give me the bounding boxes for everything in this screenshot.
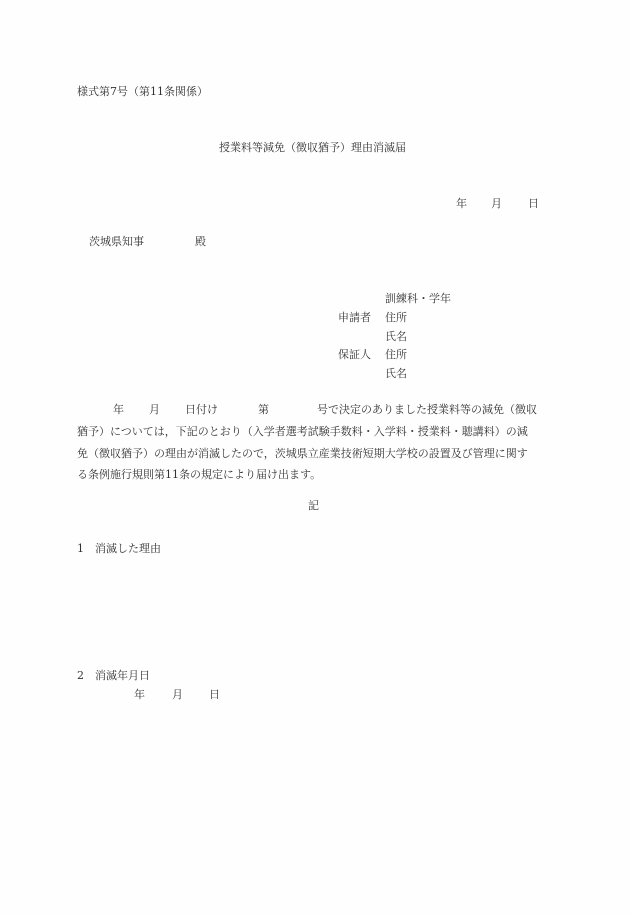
- addressee-name: 茨城県知事: [89, 235, 144, 249]
- body-month-label: 月: [149, 403, 160, 417]
- document-title: 授業料等減免（徴収猶予）理由消滅届: [219, 141, 406, 155]
- item-2-number: 2: [77, 669, 84, 683]
- item-2-year-label: 年: [134, 688, 145, 702]
- item-2-day-label: 日: [209, 688, 220, 702]
- guarantor-role-label: 保証人: [338, 348, 371, 362]
- note-heading: 記: [308, 499, 319, 513]
- addressee-honorific: 殿: [195, 235, 206, 249]
- body-number-prefix: 第: [258, 403, 269, 417]
- body-day-label: 日付け: [185, 403, 218, 417]
- body-line-3: 免（徴収猶予）の理由が消滅したので，茨城県立産業技術短期大学校の設置及び管理に関…: [77, 447, 528, 461]
- item-2-label: 消滅年月日: [95, 669, 150, 683]
- document-page: 様式第7号（第11条関係） 授業料等減免（徴収猶予）理由消滅届 年 月 日 茨城…: [0, 0, 630, 915]
- date-month-label: 月: [491, 197, 502, 211]
- body-line-4: る条例施行規則第11条の規定により届け出ます。: [77, 468, 321, 482]
- item-1-number: 1: [77, 542, 84, 556]
- item-2-month-label: 月: [172, 688, 183, 702]
- guarantor-name-label: 氏名: [385, 367, 407, 381]
- applicant-address-label: 住所: [385, 311, 407, 325]
- body-line-1-rest: 号で決定のありました授業料等の減免（徴収: [317, 403, 537, 417]
- applicant-name-label: 氏名: [385, 330, 407, 344]
- body-year-label: 年: [113, 403, 124, 417]
- guarantor-address-label: 住所: [385, 348, 407, 362]
- form-number: 様式第7号（第11条関係）: [77, 85, 208, 99]
- item-1-label: 消滅した理由: [95, 542, 161, 556]
- applicant-role-label: 申請者: [338, 311, 371, 325]
- course-year-label: 訓練科・学年: [385, 292, 451, 306]
- body-line-2: 猶予）については，下記のとおり（入学者選考試験手数料・入学料・授業料・聴講料）の…: [77, 425, 528, 439]
- date-year-label: 年: [456, 197, 467, 211]
- date-day-label: 日: [528, 197, 539, 211]
